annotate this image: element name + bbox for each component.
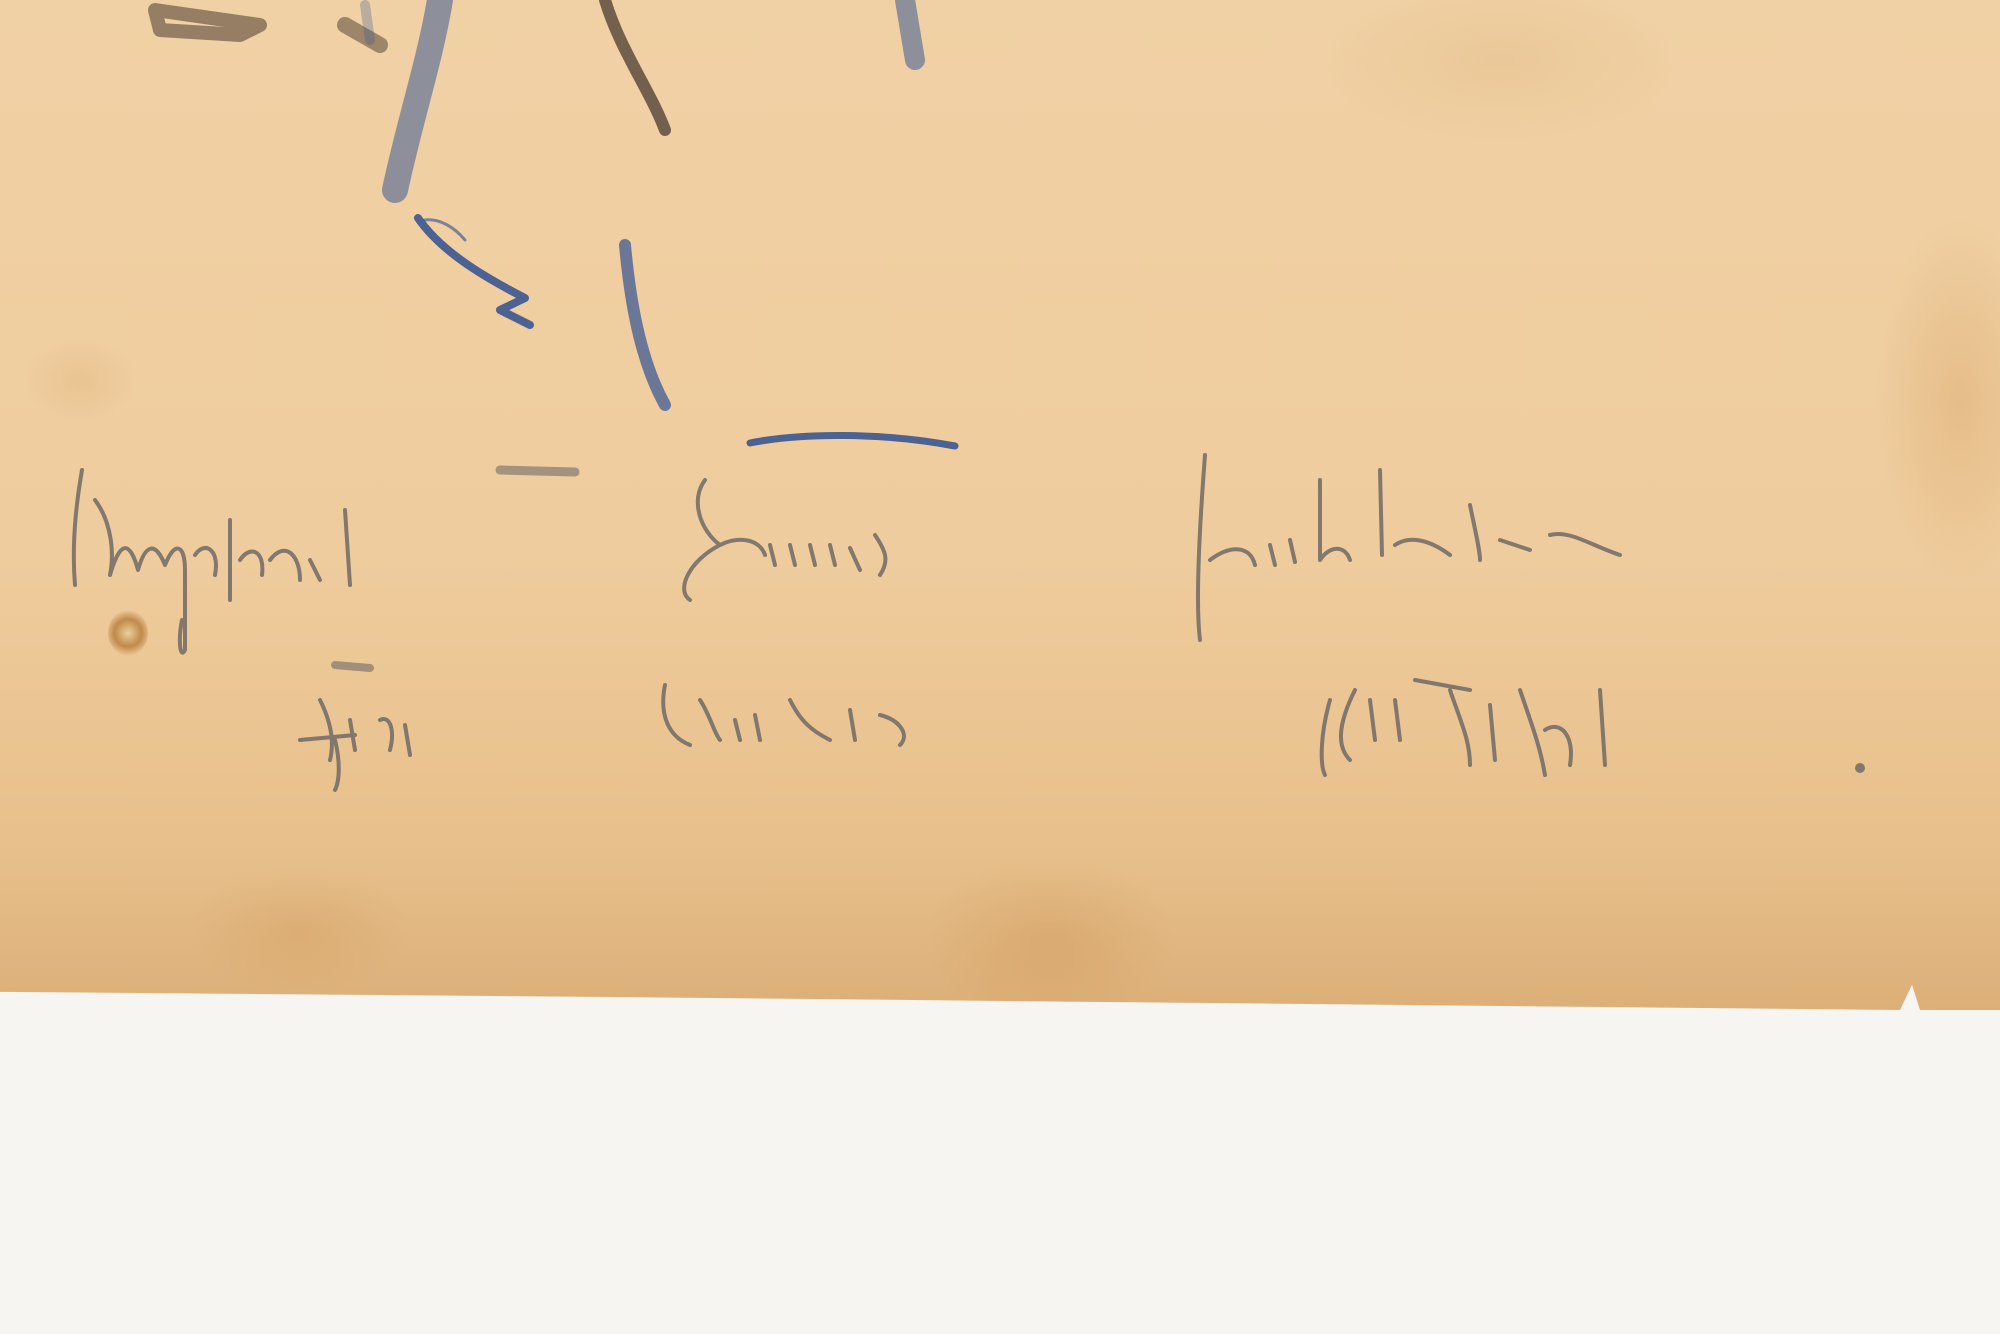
inscription-address: First Avenue, New York.: [300, 650, 1860, 780]
inscription-name: Margaret Summer Gamble: [70, 470, 1680, 670]
white-mount-board: [0, 1010, 2000, 1334]
